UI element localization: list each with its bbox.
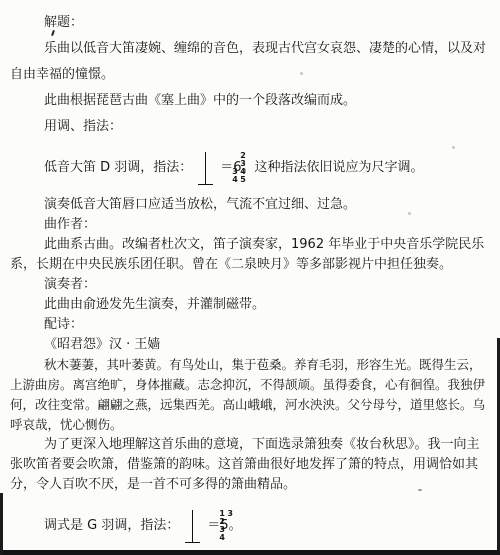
fingering-line-d-suffix: ＝6。这种指法依旧说应为尺字调。 <box>220 160 423 175</box>
fingering-left-column: 1234 <box>185 510 192 542</box>
fingering-digit <box>193 526 200 534</box>
fingering-digit <box>193 518 200 526</box>
fingering-digit: 2 <box>185 518 192 526</box>
page-edge-shadow-left <box>0 493 3 555</box>
paragraph-quzuozhe: 此曲系古曲。改编者杜次文，笛子演奏家，1962 年毕业于中央音乐学院民乐系，长期… <box>10 235 488 275</box>
fingering-digit <box>198 152 205 160</box>
fingering-line-g: 调式是 G 羽调，指法：12343＝5。 <box>10 509 488 542</box>
paragraph-jieti-1: 乐曲以低音大笛凄婉、缠绵的音色，表现古代宫女哀怨、凄楚的心情，以及对自由幸福的憧… <box>10 36 488 88</box>
fingering-digit <box>198 160 205 168</box>
fingering-digit: 4 <box>206 168 213 176</box>
page-edge-shadow-bottom <box>0 550 500 555</box>
fingering-digit: 3 <box>206 160 213 168</box>
paragraph-yongdiao-2: 演奏低音大笛唇口应适当放松，气流不宜过细、过急。 <box>10 195 488 215</box>
fingering-digit <box>193 534 200 542</box>
scan-speck <box>418 489 422 491</box>
fingering-digit: 3 <box>185 526 192 534</box>
section-heading-quzuozhe: 曲作者： <box>10 215 488 235</box>
fingering-chart-g: 12343 <box>185 510 200 543</box>
fingering-digit: 3 <box>193 510 200 518</box>
section-heading-peishi: 配诗： <box>10 315 488 335</box>
paragraph-jieti-2: 此曲根据琵琶古曲《塞上曲》中的一个段落改编而成。 <box>10 88 488 114</box>
fingering-digit: 4 <box>198 176 205 184</box>
fingering-line-d: 低音大笛 D 羽调，指法：342345＝6。这种指法依旧说应为尺字调。 <box>10 151 488 184</box>
scan-speck <box>300 72 303 75</box>
fingering-digit: 3 <box>198 168 205 176</box>
scanned-page: 解题： 乐曲以低音大笛凄婉、缠绵的音色，表现古代宫女哀怨、凄楚的心情，以及对自由… <box>0 0 500 555</box>
scan-speck <box>452 146 455 149</box>
fingering-digit: 2 <box>206 152 213 160</box>
fingering-right-column: 2345 <box>205 152 213 184</box>
fingering-right-column: 3 <box>192 510 200 542</box>
poem-body: 秋木萋萋，其叶萎黄。有鸟处山，集于苞桑。养育毛羽，形容生光。既得生云，上游曲房。… <box>10 355 488 435</box>
fingering-chart-d: 342345 <box>198 152 213 185</box>
scan-speck <box>408 212 411 215</box>
fingering-digit: 5 <box>206 176 213 184</box>
section-heading-jieti: 解题： <box>10 10 488 36</box>
section-heading-yongdiao: 用调、指法： <box>10 114 488 140</box>
fingering-digit: 4 <box>185 534 192 542</box>
section-heading-yanzouzhe: 演奏者： <box>10 275 488 295</box>
paragraph-yanzouzhe: 此曲由俞逊发先生演奏，并灌制磁带。 <box>10 295 488 315</box>
fingering-line-d-text: 低音大笛 D 羽调，指法： <box>44 160 192 175</box>
poem-title: 《昭君怨》汉 · 王嫱 <box>10 335 488 355</box>
fingering-left-column: 34 <box>198 152 205 184</box>
fingering-digit: 1 <box>185 510 192 518</box>
fingering-line-g-text: 调式是 G 羽调，指法： <box>44 518 179 533</box>
paragraph-peishi-2: 为了更深入地理解这首乐曲的意境，下面选录箫独奏《妆台秋思》。我一向主张吹笛者要会… <box>10 435 488 495</box>
